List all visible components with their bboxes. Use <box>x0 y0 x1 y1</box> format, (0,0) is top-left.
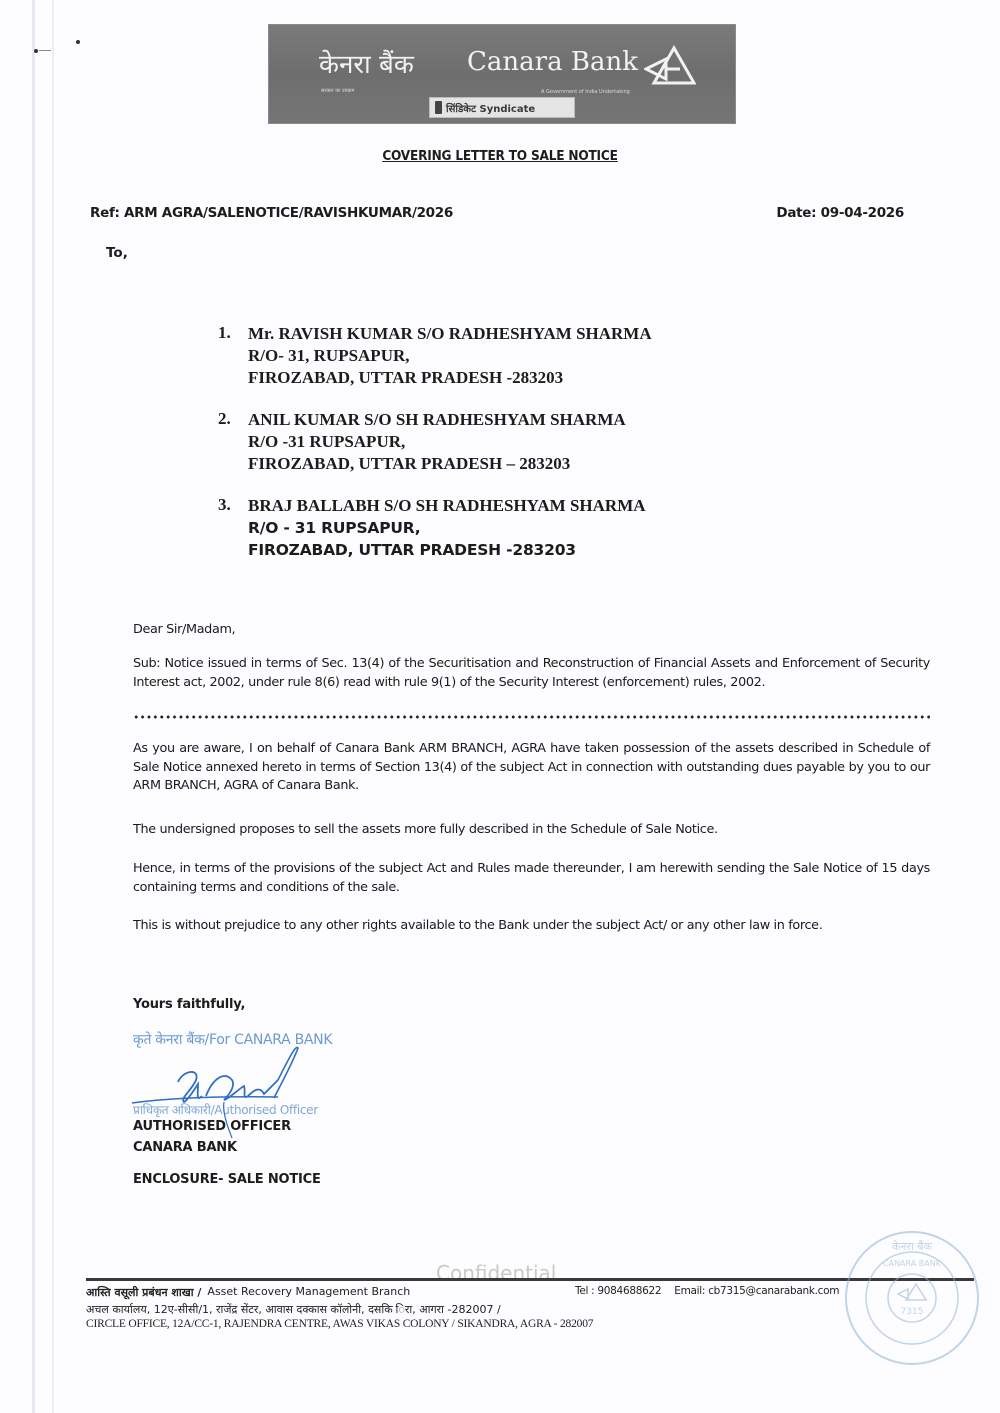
logo-hindi-tagline: सरकार का उपक्रम <box>321 88 354 94</box>
footer-divider <box>86 1278 974 1281</box>
scan-artifact-dash <box>39 50 51 51</box>
syndicate-badge: सिंडिकेट Syndicate <box>429 97 575 118</box>
scan-artifact-line <box>52 0 54 1413</box>
recipient-address-line: R/O -31 RUPSAPUR, <box>248 431 626 453</box>
footer-telephone: Tel : 9084688622 <box>575 1285 661 1297</box>
body-paragraph: Hence, in terms of the provisions of the… <box>133 860 930 897</box>
footer-address-hindi: अचल कार्यालय, 12ए-सीसी/1, राजेंद्र सेंटर… <box>86 1302 501 1317</box>
footer-branch-name: आस्ति वसूली प्रबंधन शाखा / Asset Recover… <box>86 1285 410 1300</box>
canara-bank-logo-banner: केनरा बैंक सरकार का उपक्रम Canara Bank A… <box>268 24 736 124</box>
recipient-item: 3. BRAJ BALLABH S/O SH RADHESHYAM SHARMA… <box>218 495 818 561</box>
recipient-address-line: FIROZABAD, UTTAR PRADESH -283203 <box>248 367 652 389</box>
to-label: To, <box>106 245 128 261</box>
body-paragraph: The undersigned proposes to sell the ass… <box>133 821 930 840</box>
logo-english-tagline: A Government of India Undertaking <box>541 89 630 95</box>
scan-artifact-dot <box>34 49 38 53</box>
recipient-number: 1. <box>218 323 248 389</box>
reference-number: Ref: ARM AGRA/SALENOTICE/RAVISHKUMAR/202… <box>90 205 453 221</box>
body-paragraph: This is without prejudice to any other r… <box>133 917 930 936</box>
seal-ring-text: CANARA BANK <box>883 1259 942 1268</box>
recipient-address-line: R/O - 31 RUPSAPUR, <box>248 517 646 539</box>
logo-english-name: Canara Bank <box>467 47 638 77</box>
scan-artifact-dot <box>76 40 80 44</box>
recipient-name: ANIL KUMAR S/O SH RADHESHYAM SHARMA <box>248 409 626 431</box>
recipient-item: 2. ANIL KUMAR S/O SH RADHESHYAM SHARMA R… <box>218 409 818 475</box>
recipient-item: 1. Mr. RAVISH KUMAR S/O RADHESHYAM SHARM… <box>218 323 818 389</box>
recipient-number: 3. <box>218 495 248 561</box>
closing-phrase: Yours faithfully, <box>133 997 245 1012</box>
seal-branch-code: 7315 <box>901 1307 924 1317</box>
canara-triangle-logo-icon <box>644 45 696 87</box>
enclosure-note: ENCLOSURE- SALE NOTICE <box>133 1172 321 1187</box>
recipient-name: Mr. RAVISH KUMAR S/O RADHESHYAM SHARMA <box>248 323 652 345</box>
recipient-address-line: FIROZABAD, UTTAR PRADESH – 283203 <box>248 453 626 475</box>
recipient-name: BRAJ BALLABH S/O SH RADHESHYAM SHARMA <box>248 495 646 517</box>
logo-hindi-name: केनरा बैंक <box>319 45 414 81</box>
footer-contact: Tel : 9084688622 Email: cb7315@canaraban… <box>575 1285 839 1297</box>
recipient-number: 2. <box>218 409 248 475</box>
recipient-address-line: R/O- 31, RUPSAPUR, <box>248 345 652 367</box>
document-date: Date: 09-04-2026 <box>776 205 904 221</box>
seal-top-text: केनरा बैंक <box>892 1240 933 1253</box>
document-title: COVERING LETTER TO SALE NOTICE <box>0 148 1000 164</box>
branch-name-english: Asset Recovery Management Branch <box>207 1285 410 1300</box>
branch-name-hindi: आस्ति वसूली प्रबंधन शाखा / <box>86 1285 201 1300</box>
salutation: Dear Sir/Madam, <box>133 621 930 640</box>
footer-email: Email: cb7315@canarabank.com <box>674 1285 839 1297</box>
confidential-watermark: Confidential <box>436 1261 556 1285</box>
recipient-address-line: FIROZABAD, UTTAR PRADESH -283203 <box>248 539 646 561</box>
syndicate-badge-text: सिंडिकेट Syndicate <box>446 101 535 115</box>
syndicate-logo-icon <box>435 101 442 114</box>
dotted-divider <box>133 715 930 719</box>
bank-round-seal-icon: केनरा बैंक CANARA BANK 7315 <box>842 1228 982 1368</box>
recipient-list: 1. Mr. RAVISH KUMAR S/O RADHESHYAM SHARM… <box>218 323 818 581</box>
handwritten-signature-icon <box>128 1040 338 1150</box>
subject-line: Sub: Notice issued in terms of Sec. 13(4… <box>133 655 930 692</box>
footer-address-english: CIRCLE OFFICE, 12A/CC-1, RAJENDRA CENTRE… <box>86 1318 593 1330</box>
body-paragraph: As you are aware, I on behalf of Canara … <box>133 740 930 796</box>
scan-artifact-line <box>32 0 35 1413</box>
